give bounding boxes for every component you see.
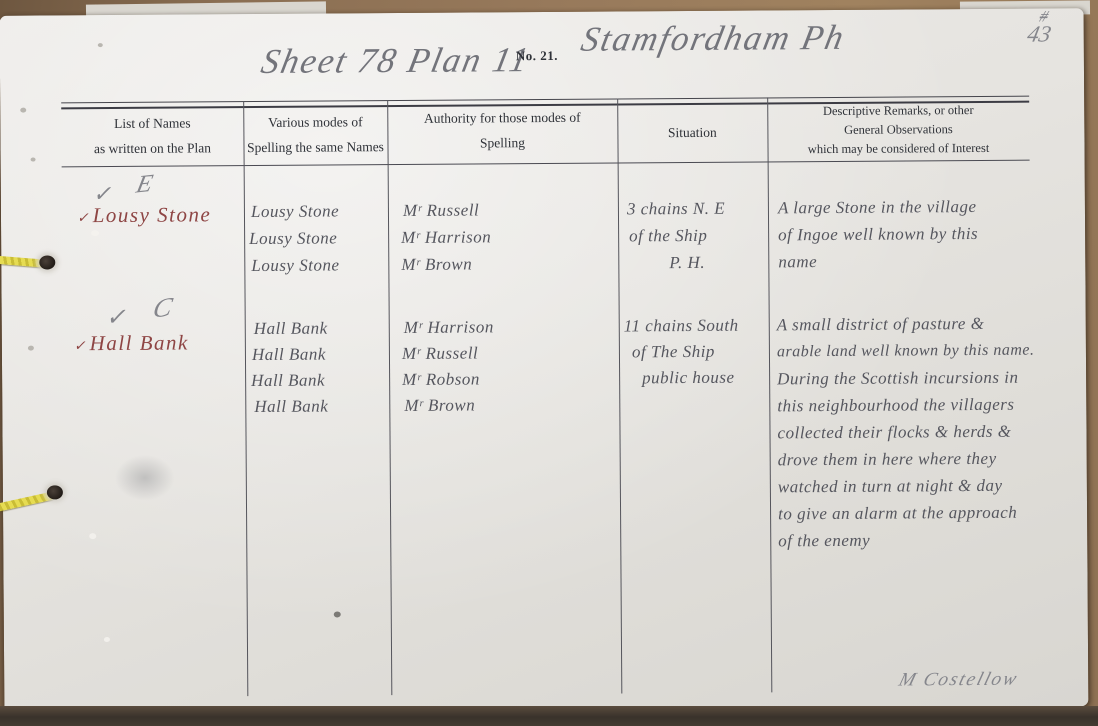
ink-spot xyxy=(334,611,341,617)
pencil-check-mark: ✓ xyxy=(106,303,126,332)
column-header-line: Descriptive Remarks, or other xyxy=(823,100,974,120)
column-divider xyxy=(767,97,773,692)
remarks-line: name xyxy=(778,248,817,275)
paper-crease xyxy=(104,637,110,642)
paper-crease xyxy=(89,533,96,539)
remarks-line: of Ingoe well known by this xyxy=(778,220,978,248)
column-header-line: List of Names xyxy=(114,110,191,136)
spelling-line: Hall Bank xyxy=(254,393,328,421)
situation-line: 3 chains N. E xyxy=(627,195,725,223)
situation-line: of The Ship xyxy=(632,338,715,366)
column-header-names: List of Names as written on the Plan xyxy=(61,107,243,164)
spelling-line: Lousy Stone xyxy=(249,224,337,252)
column-header-spelling-modes: Various modes of Spelling the same Names xyxy=(243,106,387,163)
punch-hole xyxy=(39,255,55,269)
pencil-initial-mark: E xyxy=(134,170,156,200)
red-check-mark: ✓ xyxy=(74,339,86,354)
column-header-line: General Observations xyxy=(844,120,953,140)
document-page: Sheet 78 Plan 11 No. 21. Stamfordham Ph … xyxy=(0,8,1088,714)
remarks-line: drove them in here where they xyxy=(778,445,997,474)
authority-line: Mʳ Brown xyxy=(404,391,475,418)
remarks-line: this neighbourhood the villagers xyxy=(777,391,1014,420)
column-header-line: Situation xyxy=(668,119,717,144)
surveyor-signature: M Costellow xyxy=(896,669,1021,692)
spelling-line: Lousy Stone xyxy=(251,251,339,279)
authority-line: Mʳ Harrison xyxy=(404,313,494,341)
pencil-initial-mark: C xyxy=(151,291,175,324)
remarks-line: A small district of pasture & xyxy=(777,310,985,338)
paper-crease xyxy=(91,230,99,236)
situation-line: of the Ship xyxy=(629,222,707,250)
remarks-line: arable land well known by this name. xyxy=(777,337,1035,366)
remarks-line: collected their flocks & herds & xyxy=(777,418,1011,447)
name-on-plan: ✓ Hall Bank xyxy=(74,330,189,356)
sheet-plan-handwriting: Sheet 78 Plan 11 xyxy=(258,40,534,82)
column-header-line: Authority for those modes of xyxy=(424,105,581,131)
column-header-line: which may be considered of Interest xyxy=(808,138,990,158)
paper-speck xyxy=(28,346,34,351)
authority-line: Mʳ Harrison xyxy=(401,223,491,251)
remarks-line: to give an alarm at the approach xyxy=(778,499,1017,528)
remarks-line: During the Scottish incursions in xyxy=(777,364,1018,393)
column-header-line: Spelling the same Names xyxy=(247,134,384,160)
printed-number-label: No. 21. xyxy=(516,48,558,64)
paper-speck xyxy=(31,158,36,162)
paper-speck xyxy=(20,108,26,113)
authority-line: Mʳ Brown xyxy=(401,250,472,277)
column-header-line: Various modes of xyxy=(268,109,363,135)
authority-line: Mʳ Russell xyxy=(402,339,478,367)
authority-line: Mʳ Russell xyxy=(403,196,479,224)
remarks-line: watched in turn at night & day xyxy=(778,472,1003,501)
column-divider xyxy=(387,100,393,695)
pencil-smudge xyxy=(115,455,175,501)
column-divider xyxy=(617,98,623,693)
column-header-line: Spelling xyxy=(480,130,525,155)
remarks-line: of the enemy xyxy=(778,527,870,555)
parish-name-handwriting: Stamfordham Ph xyxy=(578,18,849,60)
situation-line: P. H. xyxy=(669,249,705,276)
spelling-line: Hall Bank xyxy=(251,367,325,395)
name-text: Hall Bank xyxy=(90,330,189,355)
page-number: 43 xyxy=(1025,21,1053,47)
column-header-authority: Authority for those modes of Spelling xyxy=(387,101,617,159)
authority-line: Mʳ Robson xyxy=(402,365,480,393)
column-header-remarks: Descriptive Remarks, or other General Ob… xyxy=(767,99,1029,161)
spelling-line: Hall Bank xyxy=(254,315,328,343)
column-header-line: as written on the Plan xyxy=(94,135,211,161)
situation-line: 11 chains South xyxy=(624,312,739,340)
name-text: Lousy Stone xyxy=(93,202,212,227)
red-check-mark: ✓ xyxy=(77,211,89,226)
paper-speck xyxy=(98,43,103,47)
spelling-line: Hall Bank xyxy=(252,341,326,369)
remarks-line: A large Stone in the village xyxy=(778,193,977,221)
scan-background: Sheet 78 Plan 11 No. 21. Stamfordham Ph … xyxy=(0,0,1098,726)
spelling-line: Lousy Stone xyxy=(251,197,339,225)
column-divider xyxy=(243,101,249,696)
name-on-plan: ✓ Lousy Stone xyxy=(77,202,211,228)
punch-hole xyxy=(47,485,63,499)
situation-line: public house xyxy=(642,364,735,392)
column-header-situation: Situation xyxy=(617,103,767,160)
